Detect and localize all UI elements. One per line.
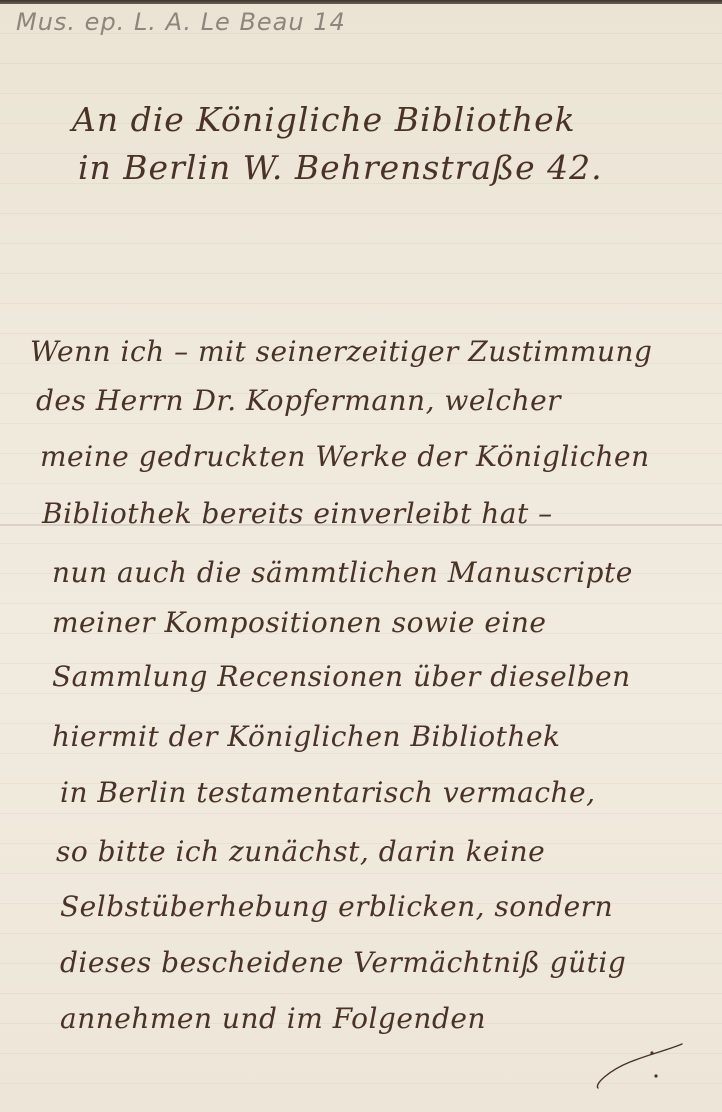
body-line-7: Sammlung Recensionen über dieselben bbox=[52, 660, 631, 693]
body-line-8: hiermit der Königlichen Bibliothek bbox=[52, 720, 561, 753]
archive-shelfmark-annotation: Mus. ep. L. A. Le Beau 14 bbox=[16, 8, 346, 36]
body-line-6: meiner Kompositionen sowie eine bbox=[52, 606, 547, 639]
body-line-10: so bitte ich zunächst, darin keine bbox=[56, 835, 545, 868]
body-line-9: in Berlin testamentarisch vermache, bbox=[60, 776, 596, 809]
body-line-2: des Herrn Dr. Kopfermann, welcher bbox=[36, 384, 561, 417]
body-line-12: dieses bescheidene Vermächtniß gütig bbox=[60, 946, 626, 979]
continuation-flourish-icon bbox=[590, 1040, 690, 1100]
body-line-3: meine gedruckten Werke der Königlichen bbox=[40, 440, 650, 473]
body-line-1: Wenn ich – mit seinerzeitiger Zustimmung bbox=[30, 335, 652, 368]
body-line-4: Bibliothek bereits einverleibt hat – bbox=[42, 497, 553, 530]
body-line-13: annehmen und im Folgenden bbox=[60, 1002, 486, 1035]
body-line-11: Selbstüberhebung erblicken, sondern bbox=[60, 890, 613, 923]
body-line-5: nun auch die sämmtlichen Manuscripte bbox=[52, 556, 633, 589]
address-line-1: An die Königliche Bibliothek bbox=[72, 100, 576, 139]
address-line-2: in Berlin W. Behrenstraße 42. bbox=[78, 148, 603, 187]
